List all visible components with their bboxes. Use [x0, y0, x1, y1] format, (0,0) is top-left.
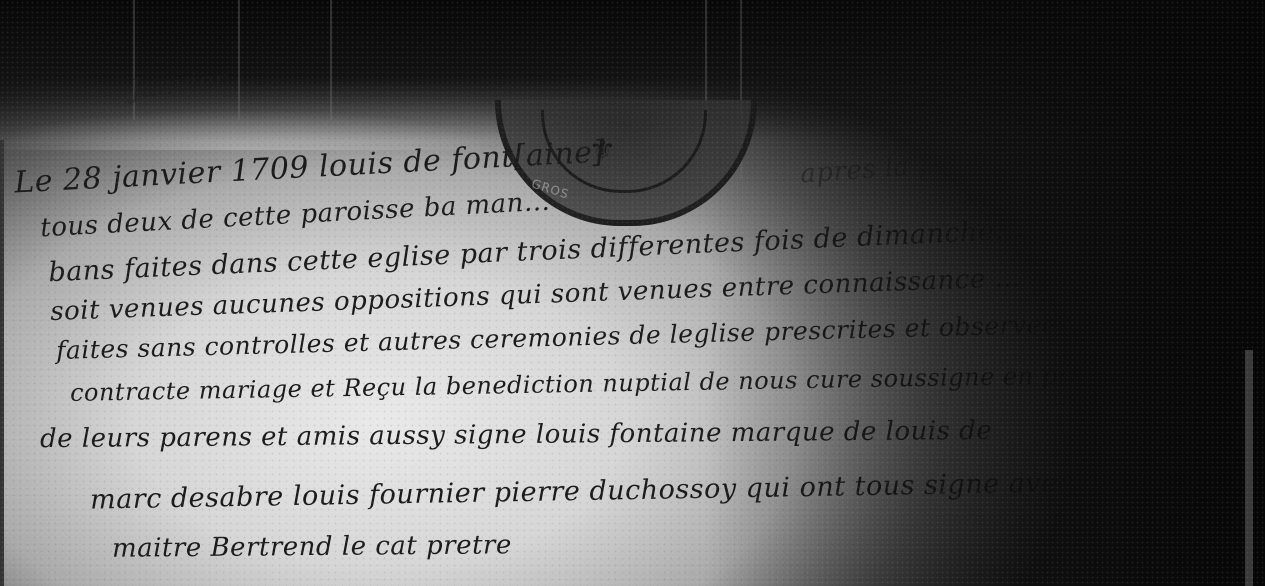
entry-line-9: maitre Bertrend le cat pretre	[112, 530, 512, 563]
entry-line-2: tous deux de cette paroisse ba man...	[40, 187, 551, 244]
scan-streak	[330, 0, 332, 120]
paper-torn-edge	[0, 90, 480, 150]
scan-shadow-right	[705, 0, 1265, 586]
manuscript-page: Janvier ⚜ GROS Le 28 janvier 1709 louis …	[0, 0, 1265, 586]
page-edge-right	[1245, 350, 1253, 586]
scan-streak	[238, 0, 240, 120]
page-edge-left	[0, 140, 4, 586]
